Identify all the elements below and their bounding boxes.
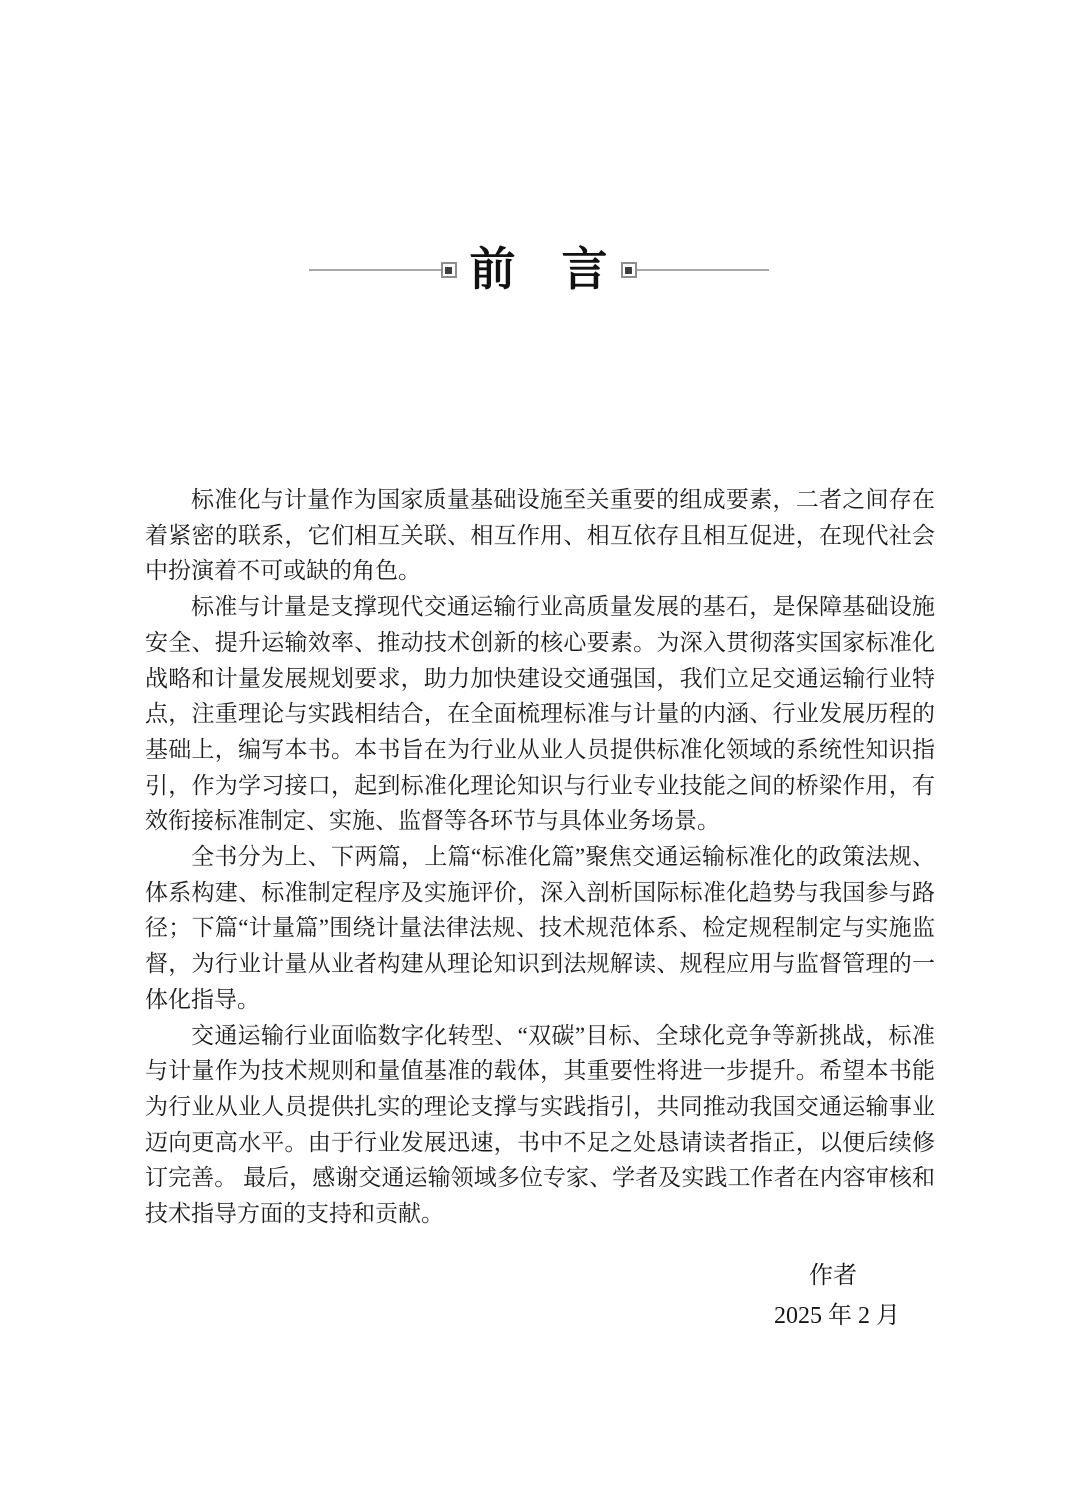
title-ornament-left-icon bbox=[441, 262, 457, 278]
signature-block: 作者 2025 年 2 月 bbox=[0, 1262, 1077, 1330]
preface-title-row: 前 言 bbox=[0, 238, 1077, 302]
signature-date: 2025 年 2 月 bbox=[0, 1302, 1077, 1330]
title-rule-left bbox=[309, 269, 441, 271]
title-ornament-right-core bbox=[625, 267, 632, 274]
paragraph-1: 标准化与计量作为国家质量基础设施至关重要的组成要素，二者之间存在着紧密的联系，它… bbox=[145, 482, 935, 589]
title-rule-right bbox=[637, 269, 769, 271]
signature-author: 作者 bbox=[0, 1262, 1077, 1290]
preface-page: 前 言 标准化与计量作为国家质量基础设施至关重要的组成要素，二者之间存在着紧密的… bbox=[0, 0, 1077, 1508]
title-ornament-right-icon bbox=[621, 262, 637, 278]
paragraph-2: 标准与计量是支撑现代交通运输行业高质量发展的基石，是保障基础设施安全、提升运输效… bbox=[145, 589, 935, 839]
preface-body: 标准化与计量作为国家质量基础设施至关重要的组成要素，二者之间存在着紧密的联系，它… bbox=[145, 482, 935, 1232]
paragraph-3: 全书分为上、下两篇，上篇“标准化篇”聚焦交通运输标准化的政策法规、体系构建、标准… bbox=[145, 839, 935, 1018]
paragraph-4: 交通运输行业面临数字化转型、“双碳”目标、全球化竞争等新挑战，标准与计量作为技术… bbox=[145, 1018, 935, 1232]
title-ornament-left-core bbox=[445, 267, 452, 274]
page-title: 前 言 bbox=[470, 238, 608, 302]
